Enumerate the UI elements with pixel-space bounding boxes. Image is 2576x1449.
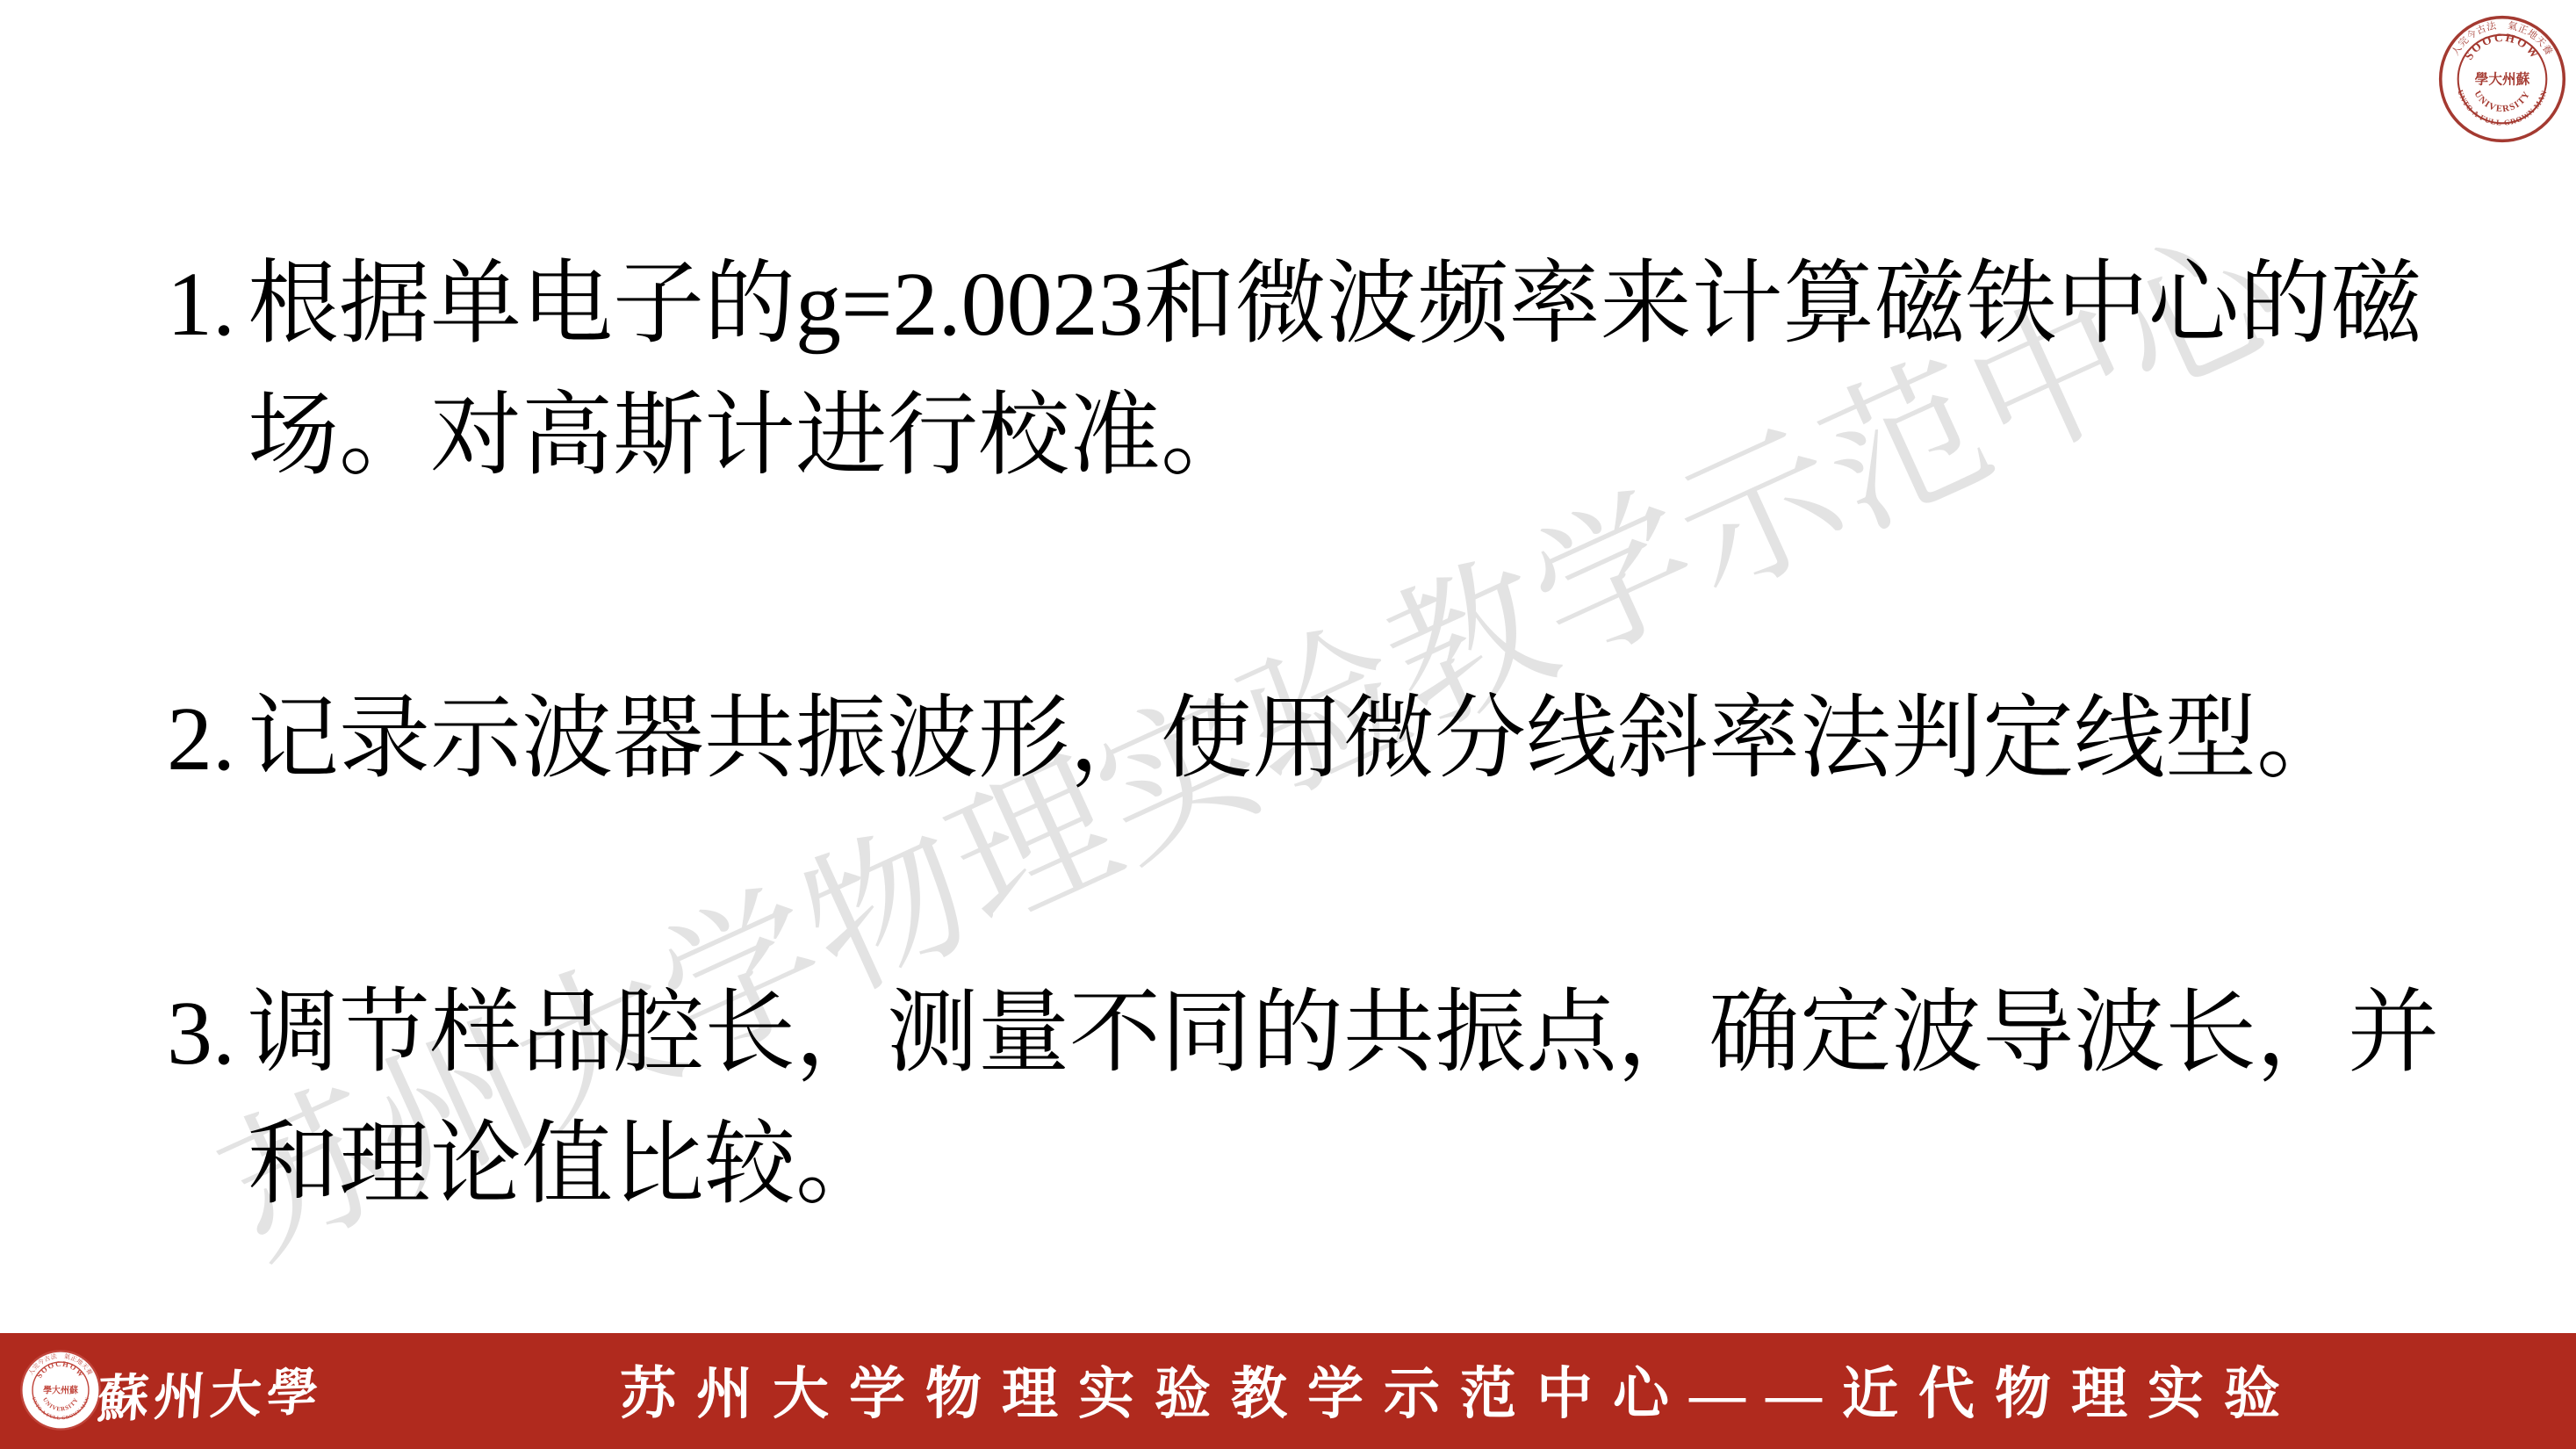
item-text-line: 和理论值比较。 [248,1099,2439,1231]
item-text-line: 场。对高斯计进行校准。 [248,371,2422,502]
list-item-3: 3. 调节样品腔长，测量不同的共振点，确定波导波长，并 和理论值比较。 [167,968,2439,1231]
item-text-line: 调节样品腔长，测量不同的共振点，确定波导波长，并 [248,968,2439,1099]
item-number: 3. [167,968,235,1099]
item-text: 记录示波器共振波形，使用微分线斜率法判定线型。 [248,674,2348,805]
list-item-1: 1. 根据单电子的g=2.0023和微波频率来计算磁铁中心的磁 场。对高斯计进行… [167,239,2422,502]
slide-body: 1. 根据单电子的g=2.0023和微波频率来计算磁铁中心的磁 场。对高斯计进行… [0,0,2576,1449]
item-number: 2. [167,674,235,805]
university-logotype: 蘇州大學 [96,1351,327,1432]
footer-bar: 人完今古法 氣正地天養 UNTO A FULL GROWN MAN SOOCHO… [0,1333,2576,1449]
seal-name-seal-script: 學大州蘇 [43,1384,78,1395]
list-item-2: 2. 记录示波器共振波形，使用微分线斜率法判定线型。 [167,674,2348,805]
item-text-line: 根据单电子的g=2.0023和微波频率来计算磁铁中心的磁 [248,239,2422,371]
item-text-line: 记录示波器共振波形，使用微分线斜率法判定线型。 [248,674,2348,805]
seal-graphic: 人完今古法 氣正地天養 UNTO A FULL GROWN MAN SOOCHO… [2437,14,2567,144]
seal-name-seal-script: 學大州蘇 [2474,70,2530,87]
item-number: 1. [167,239,235,371]
footer-title: 苏州大学物理实验教学示范中心——近代物理实验 [620,1349,2300,1430]
presentation-slide: 苏州大学物理实验教学示范中心 1. 根据单电子的g=2.0023和微波频率来计算… [0,0,2576,1449]
footer-university-seal-icon: 人完今古法 氣正地天養 UNTO A FULL GROWN MAN SOOCHO… [19,1349,102,1431]
seal-graphic: 人完今古法 氣正地天養 UNTO A FULL GROWN MAN SOOCHO… [19,1349,102,1431]
university-seal-icon: 人完今古法 氣正地天養 UNTO A FULL GROWN MAN SOOCHO… [2437,14,2567,144]
item-text: 根据单电子的g=2.0023和微波频率来计算磁铁中心的磁 场。对高斯计进行校准。 [248,239,2422,502]
item-text: 调节样品腔长，测量不同的共振点，确定波导波长，并 和理论值比较。 [248,968,2439,1231]
